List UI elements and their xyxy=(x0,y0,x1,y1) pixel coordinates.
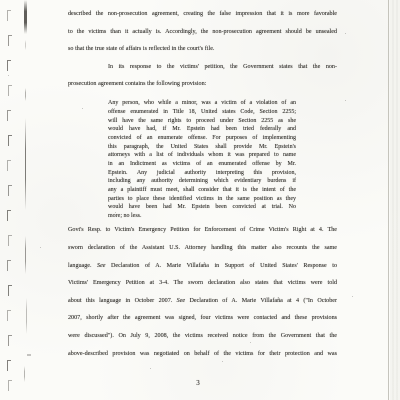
text-line: Victims' Emergency Petition at 3-4. The … xyxy=(68,275,337,293)
scan-hole-mark xyxy=(7,110,11,121)
text-line: would have been had Mr. Epstein been con… xyxy=(108,203,296,212)
scan-hole-mark xyxy=(8,135,12,146)
text-line: Epstein. Any judicial authority interpre… xyxy=(108,169,296,178)
text-line: including any authority determining whic… xyxy=(108,177,296,186)
scan-binding-mark xyxy=(24,366,25,382)
page-edge-line xyxy=(388,0,389,400)
text-line: in an Indictment as victims of an enumer… xyxy=(108,160,296,169)
scan-speckle xyxy=(345,33,346,34)
text-line: 2007, shortly after the agreement was si… xyxy=(68,310,337,328)
text-line: would have had, if Mr. Epstein had been … xyxy=(108,125,296,134)
text-line: In its response to the victims' petition… xyxy=(108,59,337,77)
scan-speckle xyxy=(345,100,346,101)
scan-binding-mark xyxy=(25,40,26,50)
scan-binding-mark xyxy=(25,118,27,210)
body-paragraph: described the non-prosecution agreement,… xyxy=(68,6,337,59)
text-line: described the non-prosecution agreement,… xyxy=(68,6,337,24)
scan-hole-mark xyxy=(8,285,12,296)
document-text: described the non-prosecution agreement,… xyxy=(68,6,337,363)
text-line: language. See Declaration of A. Marie Vi… xyxy=(68,258,337,276)
scan-hole-mark xyxy=(7,310,11,321)
scan-hole-mark xyxy=(8,335,12,346)
text-line: offense enumerated in Title 18, United s… xyxy=(108,108,296,117)
page-number: 3 xyxy=(63,379,333,387)
blockquote-paragraph: Any person, who while a minor, was a vic… xyxy=(108,99,296,220)
text-line: sworn declaration of the Assistant U.S. … xyxy=(68,240,337,258)
scan-hole-mark xyxy=(8,85,12,96)
text-line: more; no less. xyxy=(108,212,296,221)
scan-hole-mark xyxy=(7,260,11,271)
text-line: Govt's Resp. to Victim's Emergency Petit… xyxy=(68,222,337,240)
text-line: above-described provision was negotiated… xyxy=(68,346,337,364)
scan-speckle xyxy=(40,247,41,248)
scan-hole-mark xyxy=(8,235,12,246)
scanned-document-page: described the non-prosecution agreement,… xyxy=(0,0,400,400)
scan-speckle xyxy=(150,368,151,369)
scan-binding-mark xyxy=(25,236,26,274)
body-paragraph: In its response to the victims' petition… xyxy=(68,59,337,94)
scan-hole-mark xyxy=(7,60,11,71)
scan-hole-mark xyxy=(7,360,11,371)
scan-hole-mark xyxy=(8,380,12,391)
scan-binding-mark xyxy=(24,0,27,34)
text-line: to the victims than it actually is. Acco… xyxy=(68,24,337,42)
scan-hole-mark xyxy=(8,35,12,46)
scan-hole-mark xyxy=(7,160,11,171)
scan-speckle xyxy=(352,296,353,297)
text-line: about this language in October 2007. See… xyxy=(68,293,337,311)
text-line: any a plaintiff must meet, shall conside… xyxy=(108,186,296,195)
scan-binding-mark xyxy=(27,354,31,356)
scan-hole-mark xyxy=(8,185,12,196)
text-line: this paragraph, the United States shall … xyxy=(108,143,296,152)
text-line: attorneys with a list of individuals who… xyxy=(108,151,296,160)
text-line: so that the true state of affairs is ref… xyxy=(68,41,337,59)
text-line: Any person, who while a minor, was a vic… xyxy=(108,99,296,108)
text-line: parties to place these identified victim… xyxy=(108,195,296,204)
scan-speckle xyxy=(8,75,9,76)
scan-hole-mark xyxy=(7,210,11,221)
body-paragraph: Govt's Resp. to Victim's Emergency Petit… xyxy=(68,222,337,363)
text-line: will have the same rights to proceed und… xyxy=(108,117,296,126)
text-line: prosecution agreement contains the follo… xyxy=(68,76,337,94)
text-line: were discussed"). On July 9, 2008, the v… xyxy=(68,328,337,346)
text-line: convicted of an enumerate offense. For p… xyxy=(108,134,296,143)
scan-edge-strip xyxy=(390,0,400,400)
scan-binding-mark xyxy=(26,298,27,334)
scan-hole-mark xyxy=(7,10,11,21)
scan-binding-mark xyxy=(25,88,26,101)
